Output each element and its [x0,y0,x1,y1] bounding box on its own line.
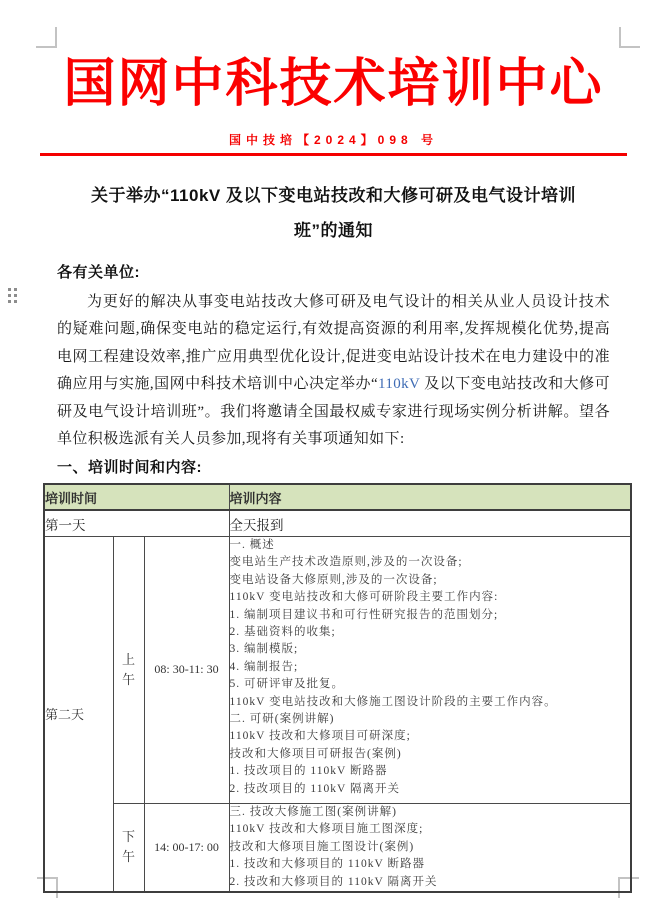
section-heading: 一、培训时间和内容: [57,456,610,477]
day1-content: 全天报到 [229,510,631,536]
table-content-line: 变电站设备大修原则,涉及的一次设备; [230,572,631,589]
table-content-line: 三. 技改大修施工图(案例讲解) [230,804,631,821]
morning-content: 一. 概述变电站生产技术改造原则,涉及的一次设备;变电站设备大修原则,涉及的一次… [229,536,631,803]
table-content-line: 二. 可研(案例讲解) [230,711,631,728]
schedule-table: 培训时间 培训内容 第一天 全天报到 第二天 上午 08: 30-11: 30 … [43,483,632,893]
table-content-line: 一. 概述 [230,537,631,554]
table-content-line: 技改和大修项目施工图设计(案例) [230,839,631,856]
morning-session-label: 上午 [122,650,136,690]
table-content-line: 1. 编制项目建议书和可行性研究报告的范围划分; [230,607,631,624]
notice-title-line2: 班”的通知 [57,213,610,248]
morning-session-cell: 上午 [113,536,144,803]
afternoon-time: 14: 00-17: 00 [144,803,229,892]
morning-time: 08: 30-11: 30 [144,536,229,803]
salutation: 各有关单位: [57,261,610,282]
afternoon-content: 三. 技改大修施工图(案例讲解)110kV 技改和大修项目施工图深度;技改和大修… [229,803,631,892]
letterhead-title: 国网中科技术培训中心 [57,55,610,115]
table-content-line: 1. 技改和大修项目的 110kV 断路器 [230,856,631,873]
highlight-text: 110kV [378,376,420,392]
table-header-content: 培训内容 [229,484,631,510]
day1-label: 第一天 [44,510,229,536]
table-content-line: 110kV 变电站技改和大修可研阶段主要工作内容: [230,589,631,606]
table-content-line: 5. 可研评审及批复。 [230,676,631,693]
table-content-line: 110kV 变电站技改和大修施工图设计阶段的主要工作内容。 [230,694,631,711]
crop-mark-top-right-icon [619,27,640,48]
body-paragraph: 为更好的解决从事变电站技改大修可研及电气设计的相关从业人员设计技术的疑难问题,确… [57,289,610,453]
letterhead-divider [40,153,627,156]
document-content: 国网中科技术培训中心 国中技培【2024】098 号 关于举办“110kV 及以… [57,0,610,893]
table-row-day1: 第一天 全天报到 [44,510,631,536]
table-content-line: 2. 技改和大修项目的 110kV 隔离开关 [230,874,631,891]
afternoon-session-label: 下午 [122,827,136,867]
notice-title: 关于举办“110kV 及以下变电站技改和大修可研及电气设计培训 班”的通知 [57,178,610,248]
day2-label: 第二天 [44,536,113,892]
table-content-line: 110kV 技改和大修项目可研深度; [230,728,631,745]
table-content-line: 3. 编制模版; [230,641,631,658]
notice-title-line1: 关于举办“110kV 及以下变电站技改和大修可研及电气设计培训 [57,178,610,213]
paragraph-drag-handle-icon[interactable] [8,288,17,303]
table-content-line: 2. 基础资料的收集; [230,624,631,641]
doc-number: 国中技培【2024】098 号 [57,131,610,148]
table-content-line: 变电站生产技术改造原则,涉及的一次设备; [230,554,631,571]
table-row-day2-morning: 第二天 上午 08: 30-11: 30 一. 概述变电站生产技术改造原则,涉及… [44,536,631,803]
table-content-line: 技改和大修项目可研报告(案例) [230,746,631,763]
table-header-time: 培训时间 [44,484,229,510]
table-header-row: 培训时间 培训内容 [44,484,631,510]
crop-mark-top-left-icon [36,27,57,48]
table-content-line: 4. 编制报告; [230,659,631,676]
document-page: 国网中科技术培训中心 国中技培【2024】098 号 关于举办“110kV 及以… [0,0,666,913]
table-content-line: 110kV 技改和大修项目施工图深度; [230,821,631,838]
table-content-line: 2. 技改项目的 110kV 隔离开关 [230,781,631,798]
afternoon-session-cell: 下午 [113,803,144,892]
table-row-day2-afternoon: 下午 14: 00-17: 00 三. 技改大修施工图(案例讲解)110kV 技… [44,803,631,892]
table-content-line: 1. 技改项目的 110kV 断路器 [230,763,631,780]
